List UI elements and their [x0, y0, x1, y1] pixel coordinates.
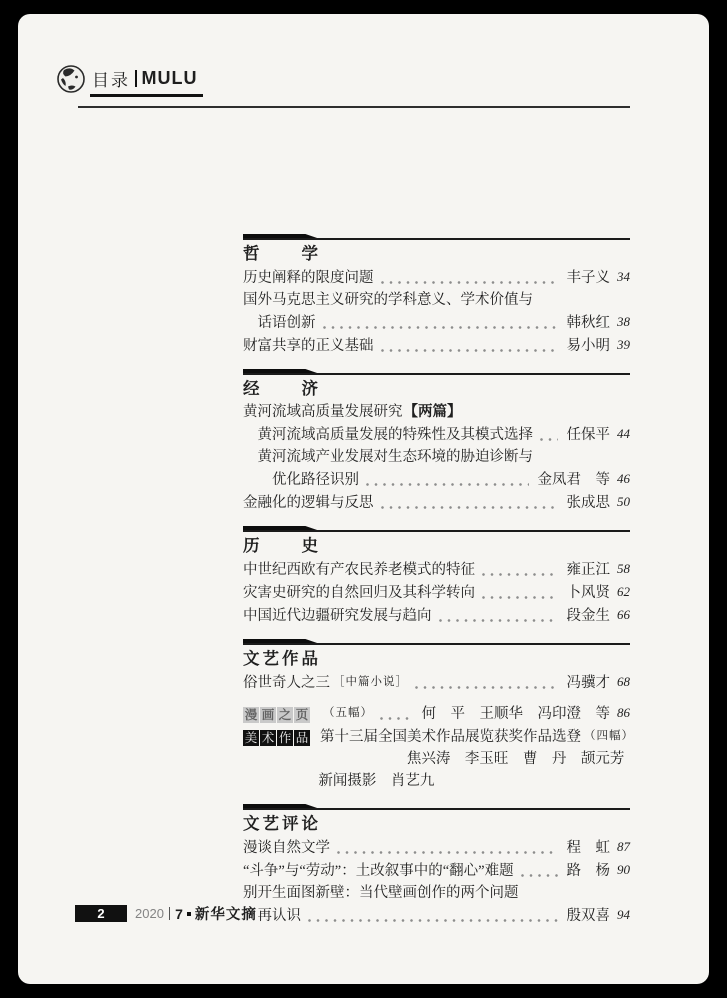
toc-entry: 灾害史研究的自然回归及其科学转向卜风贤62 — [243, 581, 630, 604]
entry-title: 俗世奇人之三 — [243, 672, 330, 694]
entry-author: 程 虹 — [567, 837, 611, 859]
entry-author: 何 平 王顺华 冯印澄 等 — [422, 703, 611, 725]
entry-page-number: 62 — [617, 581, 630, 603]
divider-line — [243, 238, 630, 240]
toc-entry: 国外马克思主义研究的学科意义、学术价值与 — [243, 289, 630, 311]
entry-author: 易小明 — [567, 335, 611, 357]
entry-author: 冯骥才 — [567, 672, 611, 694]
tile-char: 漫 — [243, 707, 259, 723]
toc-entry: 黄河流域高质量发展研究【两篇】 — [243, 401, 630, 423]
toc-entry: 话语创新韩秋红38 — [243, 311, 630, 334]
toc-title-pinyin: MULU — [142, 68, 198, 89]
entry-page-number: 87 — [617, 836, 630, 858]
entry-note: ［中篇小说］ — [333, 671, 408, 693]
entry-title: 黄河流域高质量发展研究 — [243, 401, 403, 423]
tile-char: 页 — [294, 707, 310, 723]
label-tile-black: 美术作品 — [243, 730, 310, 746]
dot-leader — [381, 349, 558, 352]
entry-author: 丰子义 — [567, 267, 611, 289]
entry-title: 再认识 — [258, 905, 302, 927]
section-divider — [243, 526, 630, 532]
dot-leader — [366, 483, 529, 486]
divider-line — [243, 643, 630, 645]
toc-sections: 哲 学历史阐释的限度问题丰子义34国外马克思主义研究的学科意义、学术价值与话语创… — [243, 234, 630, 927]
entry-page-number: 46 — [617, 468, 630, 490]
divider-line — [243, 808, 630, 810]
dot-leader — [381, 281, 558, 284]
dot-leader — [380, 717, 413, 720]
toc-entry: 黄河流域高质量发展的特殊性及其模式选择任保平44 — [243, 423, 630, 446]
footer-issue-number: 7 — [175, 906, 183, 922]
dot-leader — [337, 851, 558, 854]
tile-char: 作 — [277, 730, 293, 746]
section-title: 哲 学 — [243, 243, 630, 264]
page-header: 目录 MULU — [56, 64, 203, 99]
section-divider — [243, 804, 630, 810]
footer-year: 2020 — [135, 906, 164, 921]
tile-char: 之 — [277, 707, 293, 723]
entry-note: （五幅） — [323, 702, 373, 724]
entry-page-number: 86 — [617, 702, 630, 724]
toc-section: 经 济黄河流域高质量发展研究【两篇】黄河流域高质量发展的特殊性及其模式选择任保平… — [243, 369, 630, 514]
divider-line — [243, 530, 630, 532]
entry-title: 黄河流域高质量发展的特殊性及其模式选择 — [258, 424, 534, 446]
entry-page-number: 34 — [617, 266, 630, 288]
entry-page-number: 58 — [617, 558, 630, 580]
scanned-magazine-toc: { "page": { "header": { "title_cn": "目录"… — [0, 0, 727, 998]
toc-entry: 别开生面图新壁：当代壁画创作的两个问题 — [243, 882, 630, 904]
entry-title: 金融化的逻辑与反思 — [243, 492, 374, 514]
footer-divider — [169, 907, 170, 920]
entry-title: 别开生面图新壁：当代壁画创作的两个问题 — [243, 882, 519, 904]
entry-page-number: 90 — [617, 859, 630, 881]
entry-author: 任保平 — [567, 424, 611, 446]
entry-title: 灾害史研究的自然回归及其科学转向 — [243, 582, 475, 604]
entry-page-number: 44 — [617, 423, 630, 445]
entry-title: 中世纪西欧有产农民养老模式的特征 — [243, 559, 475, 581]
masthead: 目录 MULU — [90, 66, 203, 97]
divider-line — [243, 373, 630, 375]
entry-title: 国外马克思主义研究的学科意义、学术价值与 — [243, 289, 533, 311]
tile-char: 品 — [294, 730, 310, 746]
toc-entry: 新闻摄影 肖艺九 — [243, 770, 630, 792]
toc-section: 文艺评论漫谈自然文学程 虹87“斗争”与“劳动”：土改叙事中的“翻心”难题路 杨… — [243, 804, 630, 927]
toc-section: 文艺作品俗世奇人之三［中篇小说］冯骥才68漫画之页（五幅）何 平 王顺华 冯印澄… — [243, 639, 630, 792]
footer-square-dot-icon — [187, 912, 191, 916]
toc-entry: 金融化的逻辑与反思张成思50 — [243, 491, 630, 514]
entry-title: “斗争”与“劳动”：土改叙事中的“翻心”难题 — [243, 860, 514, 882]
toc-entry: 焦兴涛 李玉旺 曹 丹 颉元芳 — [243, 748, 630, 770]
toc-entry: 再认识殷双喜94 — [243, 904, 630, 927]
entry-title: 财富共享的正义基础 — [243, 335, 374, 357]
dot-leader — [323, 326, 558, 329]
magazine-name: 新华文摘 — [195, 903, 257, 924]
entry-author: 雍正江 — [567, 559, 611, 581]
entry-note: （四幅） — [584, 725, 634, 747]
tile-char: 美 — [243, 730, 259, 746]
entry-title: 漫谈自然文学 — [243, 837, 330, 859]
section-title: 历 史 — [243, 535, 630, 556]
dot-leader — [308, 919, 558, 922]
entry-title: 黄河流域产业发展对生态环境的胁迫诊断与 — [258, 446, 534, 468]
toc-entry: 美术作品第十三届全国美术作品展览获奖作品选登（四幅） — [243, 725, 630, 748]
section-title: 文艺评论 — [243, 813, 630, 834]
entry-author: 卜风贤 — [567, 582, 611, 604]
section-title: 文艺作品 — [243, 648, 630, 669]
entry-author: 张成思 — [567, 492, 611, 514]
entry-page-number: 38 — [617, 311, 630, 333]
entry-title: 优化路径识别 — [272, 469, 359, 491]
folio-page-number: 2 — [75, 905, 127, 922]
toc-section: 哲 学历史阐释的限度问题丰子义34国外马克思主义研究的学科意义、学术价值与话语创… — [243, 234, 630, 357]
dot-leader — [521, 874, 558, 877]
entry-page-number: 50 — [617, 491, 630, 513]
entry-page-number: 39 — [617, 334, 630, 356]
title-divider — [135, 70, 137, 87]
header-rule — [78, 106, 630, 108]
toc-entry: 漫谈自然文学程 虹87 — [243, 836, 630, 859]
toc-entry: 俗世奇人之三［中篇小说］冯骥才68 — [243, 671, 630, 694]
dot-leader — [439, 619, 558, 622]
tile-char: 术 — [260, 730, 276, 746]
dot-leader — [540, 438, 558, 441]
section-divider — [243, 639, 630, 645]
section-title: 经 济 — [243, 378, 630, 399]
entry-title: 历史阐释的限度问题 — [243, 267, 374, 289]
page-footer: 2 2020 7 新华文摘 — [75, 903, 257, 924]
tile-char: 画 — [260, 707, 276, 723]
toc-entry: “斗争”与“劳动”：土改叙事中的“翻心”难题路 杨90 — [243, 859, 630, 882]
entry-page-number: 68 — [617, 671, 630, 693]
entry-author: 殷双喜 — [567, 905, 611, 927]
section-divider — [243, 234, 630, 240]
entry-title: 新闻摄影 肖艺九 — [318, 770, 434, 792]
dot-leader — [415, 686, 558, 689]
entry-title: 中国近代边疆研究发展与趋向 — [243, 605, 432, 627]
entry-title: 话语创新 — [258, 312, 316, 334]
toc-entry: 财富共享的正义基础易小明39 — [243, 334, 630, 357]
panda-globe-icon — [56, 64, 86, 99]
entry-author: 段金生 — [567, 605, 611, 627]
entry-title: 焦兴涛 李玉旺 曹 丹 颉元芳 — [407, 748, 625, 770]
toc-title-chinese: 目录 — [92, 66, 130, 91]
toc-section: 历 史中世纪西欧有产农民养老模式的特征雍正江58灾害史研究的自然回归及其科学转向… — [243, 526, 630, 627]
toc-entry: 漫画之页（五幅）何 平 王顺华 冯印澄 等86 — [243, 702, 630, 725]
toc-entry: 中世纪西欧有产农民养老模式的特征雍正江58 — [243, 558, 630, 581]
dot-leader — [482, 573, 558, 576]
toc-entry: 黄河流域产业发展对生态环境的胁迫诊断与 — [243, 446, 630, 468]
entry-author: 路 杨 — [567, 860, 611, 882]
entry-note: 【两篇】 — [404, 401, 462, 423]
label-tile-gray: 漫画之页 — [243, 707, 310, 723]
toc-entry: 历史阐释的限度问题丰子义34 — [243, 266, 630, 289]
entry-page-number: 94 — [617, 904, 630, 926]
dot-leader — [381, 506, 558, 509]
section-divider — [243, 369, 630, 375]
toc-entry: 中国近代边疆研究发展与趋向段金生66 — [243, 604, 630, 627]
dot-leader — [482, 596, 558, 599]
entry-author: 韩秋红 — [567, 312, 611, 334]
entry-title: 第十三届全国美术作品展览获奖作品选登 — [320, 726, 581, 748]
entry-page-number: 66 — [617, 604, 630, 626]
magazine-page: 目录 MULU 哲 学历史阐释的限度问题丰子义34国外马克思主义研究的学科意义、… — [18, 14, 709, 984]
toc-entry: 优化路径识别金凤君 等46 — [243, 468, 630, 491]
entry-author: 金凤君 等 — [538, 469, 611, 491]
